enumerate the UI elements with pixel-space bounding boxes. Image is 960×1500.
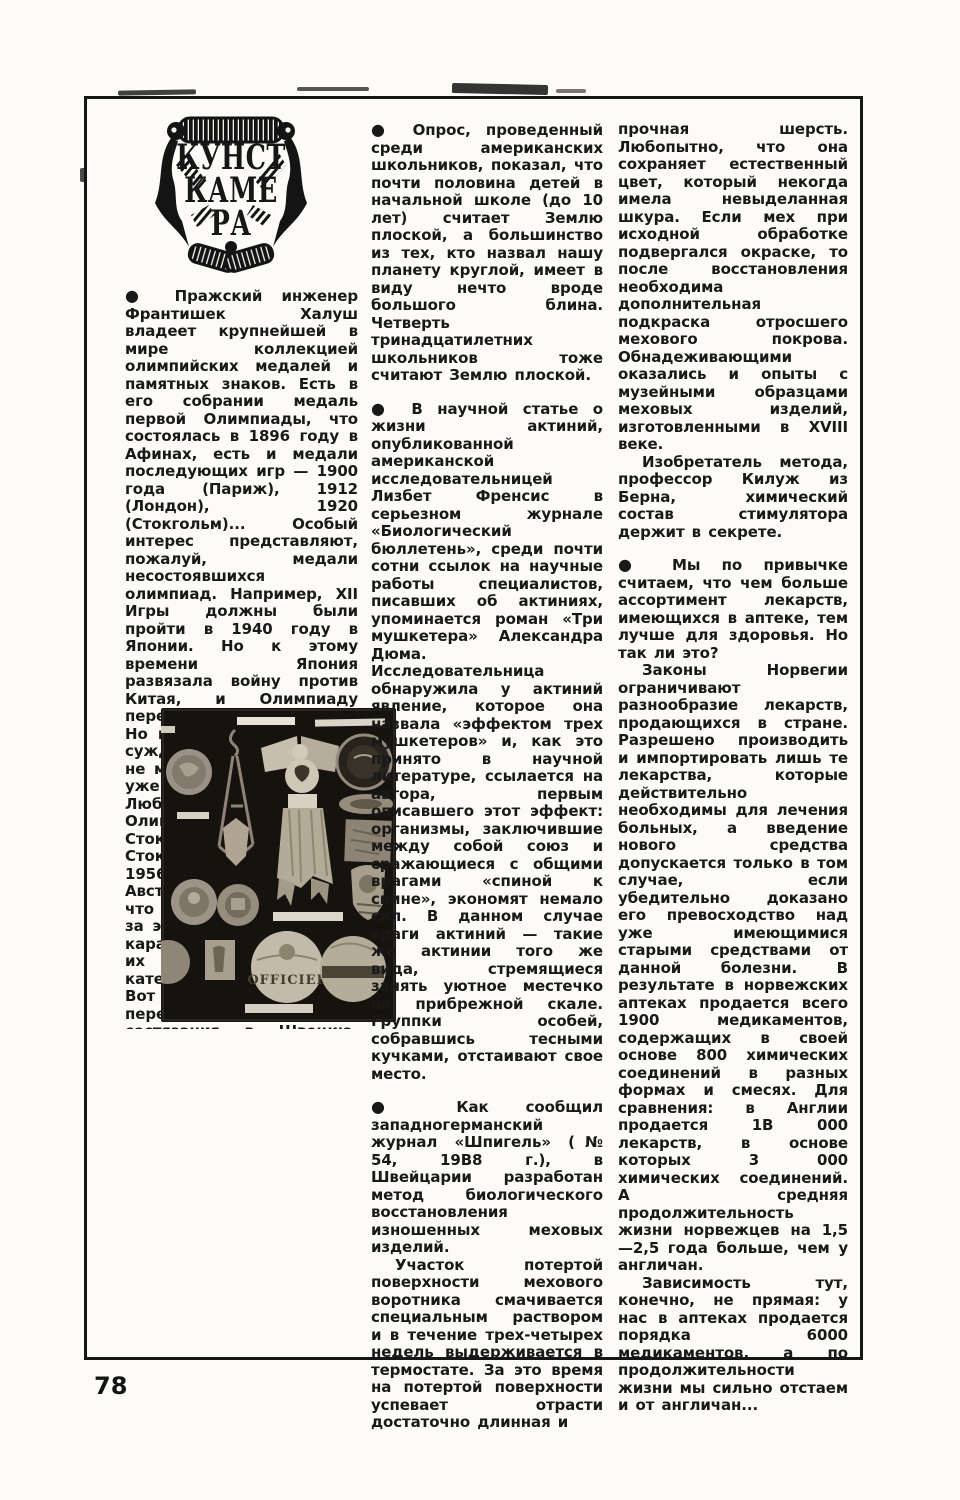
paragraph: ● В научной статье о жизни актиний, опуб… [371,400,603,1084]
bullet-icon: ● [618,555,672,574]
bullet-icon: ● [371,399,411,418]
scan-artifact [452,83,548,95]
bullet-icon: ● [371,120,413,139]
page-number: 78 [94,1372,127,1400]
paragraph: прочная шерсть. Любопытно, что она сохра… [618,121,848,454]
kunstkamera-logo: КУНСТ КАМЕ РА [151,111,311,279]
paragraph: ● Опрос, проведенный среди американских … [371,121,603,385]
bullet-icon: ● [371,1097,456,1116]
paragraph: Участок потертой поверхности мехового во… [371,1257,603,1432]
paragraph: Зависимость тут, конечно, не прямая: у н… [618,1275,848,1415]
magazine-page-scan: { "page_number": "78", "logo": { "lines"… [0,0,960,1500]
column-3: прочная шерсть. Любопытно, что она сохра… [618,121,848,1415]
scan-artifact [297,87,369,91]
column-2: ● Опрос, проведенный среди американских … [371,121,603,1432]
paragraph: ● Мы по привычке считаем, что чем больше… [618,556,848,662]
bullet-icon: ● [125,287,175,305]
logo-text-line-3: РА [211,204,252,244]
svg-text:OFFICIEL: OFFICIEL [247,973,326,988]
scan-artifact [118,89,196,95]
medals-collection-photo: OFFICIEL [161,708,396,1022]
paragraph: Законы Норвегии ограничивают разнообрази… [618,662,848,1275]
medals-photo-image: OFFICIEL [161,708,396,1022]
paragraph: Изобретатель метода, профессор Килуж из … [618,454,848,542]
column-2-text: ● Опрос, проведенный среди американских … [371,121,603,1432]
paragraph: ● Как сообщил западногерманский журнал «… [371,1098,603,1257]
page-frame: КУНСТ КАМЕ РА ● Пражский инженер Франтиш… [84,96,863,1360]
scan-artifact [556,89,586,93]
kunstkamera-logo-emblem: КУНСТ КАМЕ РА [151,111,311,279]
column-3-text: прочная шерсть. Любопытно, что она сохра… [618,121,848,1415]
photo-coin-medal [166,749,212,795]
column-1: КУНСТ КАМЕ РА ● Пражский инженер Франтиш… [125,111,358,1029]
